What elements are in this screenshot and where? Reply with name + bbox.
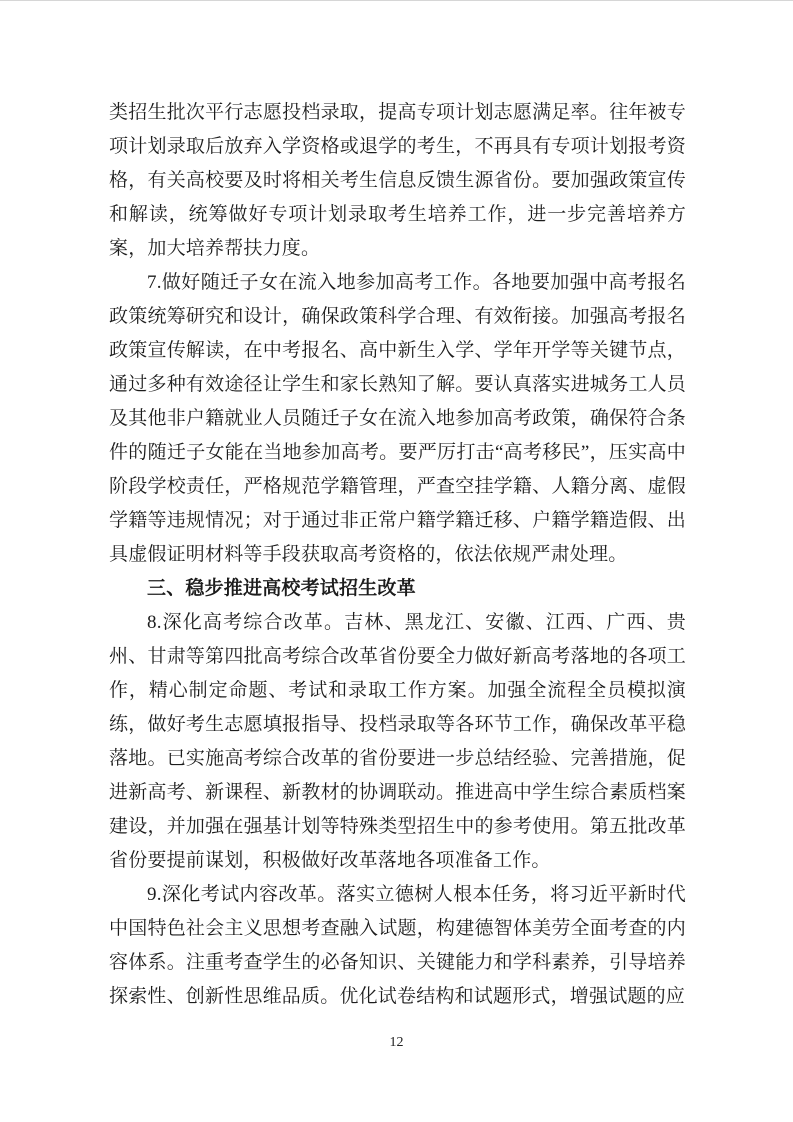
- page-number: 12: [390, 1035, 404, 1050]
- page-footer: 12: [0, 1033, 793, 1052]
- document-page: 类招生批次平行志愿投档录取，提高专项计划志愿满足率。往年被专项计划录取后放弃入学…: [0, 0, 793, 1122]
- paragraph-item-9: 9.深化考试内容改革。落实立德树人根本任务，将习近平新时代中国特色社会主义思想考…: [109, 878, 686, 1014]
- section-heading: 三、稳步推进高校考试招生改革: [109, 572, 686, 606]
- paragraph-item-8: 8.深化高考综合改革。吉林、黑龙江、安徽、江西、广西、贵州、甘肃等第四批高考综合…: [109, 606, 686, 878]
- document-body: 类招生批次平行志愿投档录取，提高专项计划志愿满足率。往年被专项计划录取后放弃入学…: [109, 96, 686, 1014]
- paragraph-item-7: 7.做好随迁子女在流入地参加高考工作。各地要加强中高考报名政策统筹研究和设计，确…: [109, 266, 686, 572]
- paragraph-continued: 类招生批次平行志愿投档录取，提高专项计划志愿满足率。往年被专项计划录取后放弃入学…: [109, 96, 686, 266]
